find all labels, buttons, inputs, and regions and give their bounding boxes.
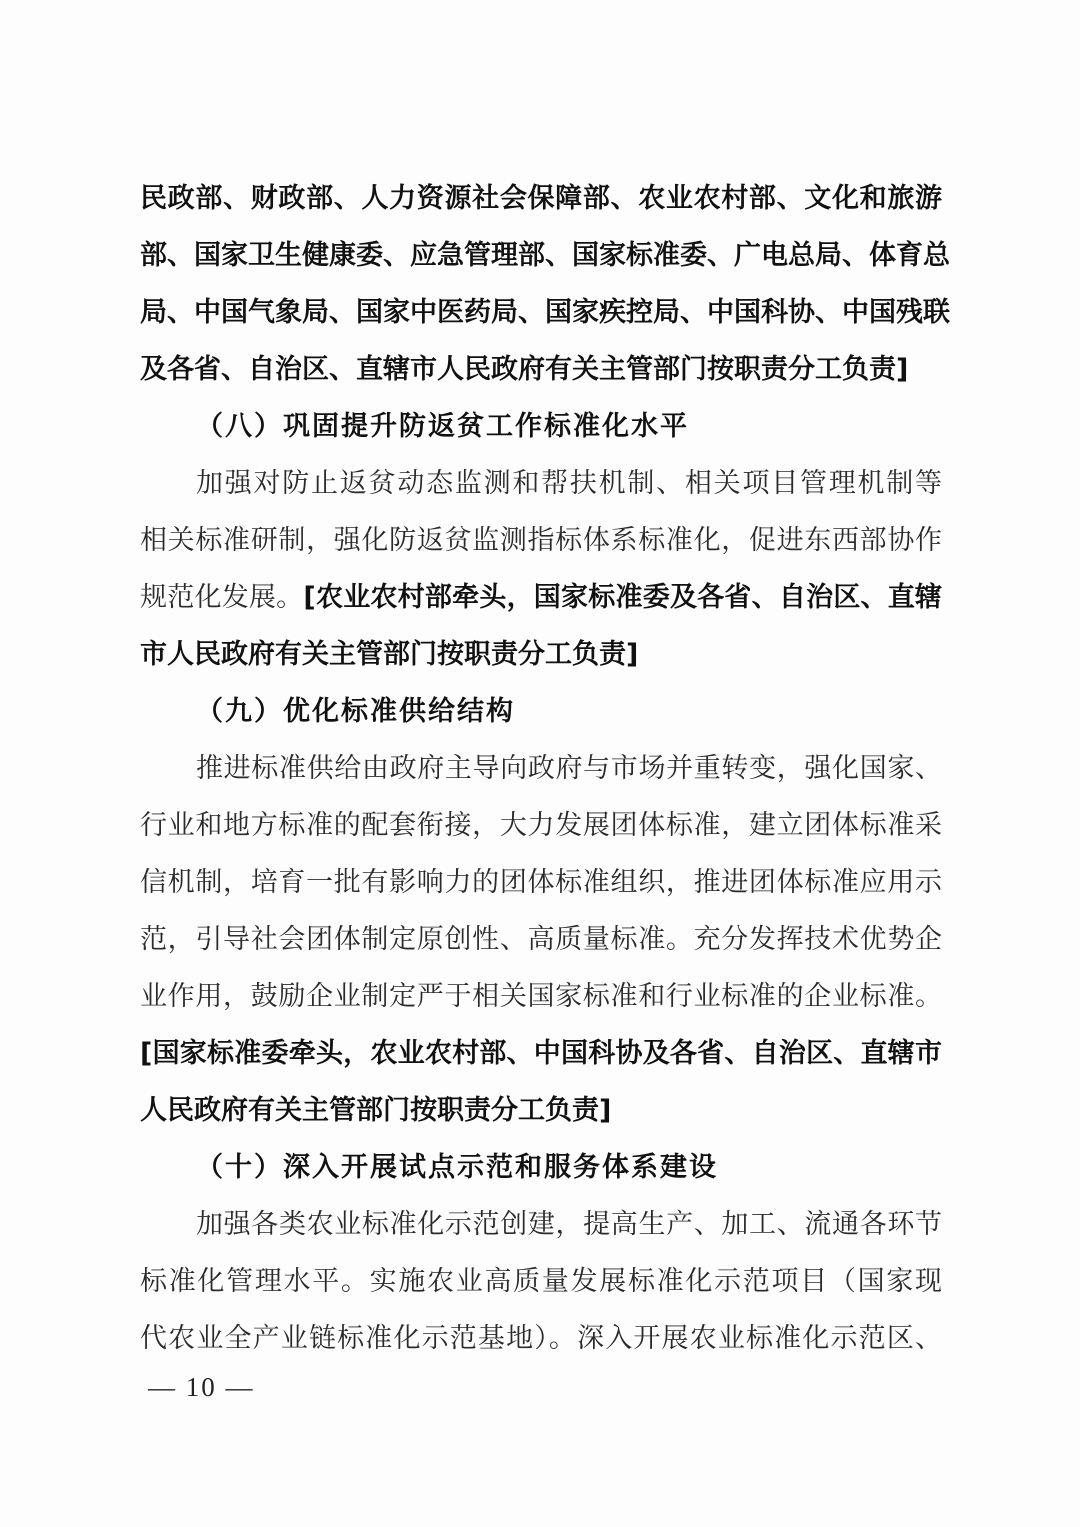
text-line: 部、国家卫生健康委、应急管理部、国家标准委、广电总局、体育总 <box>140 236 942 276</box>
section-heading-10: （十）深入开展试点示范和服务体系建设 <box>196 1148 942 1188</box>
paragraph-line: 推进标准供给由政府主导向政府与市场并重转变，强化国家、 <box>196 749 942 789</box>
responsibility-note: [国家标准委牵头，农业农村部、中国科协及各省、自治区、直辖市 <box>140 1034 942 1074</box>
paragraph-line: 行业和地方标准的配套衔接，大力发展团体标准，建立团体标准采 <box>140 806 942 846</box>
paragraph-line: 业作用，鼓励企业制定严于相关国家标准和行业标准的企业标准。 <box>140 977 942 1017</box>
paragraph-line: 加强对防止返贫动态监测和帮扶机制、相关项目管理机制等 <box>196 464 942 504</box>
responsibility-note: 人民政府有关主管部门按职责分工负责] <box>140 1091 942 1131</box>
responsibility-note: 市人民政府有关主管部门按职责分工负责] <box>140 635 942 675</box>
paragraph-line: 相关标准研制，强化防返贫监测指标体系标准化，促进东西部协作 <box>140 521 942 561</box>
paragraph-text: 规范化发展。 <box>140 582 303 613</box>
paragraph-line: 标准化管理水平。实施农业高质量发展标准化示范项目（国家现 <box>140 1262 942 1302</box>
paragraph-line: 加强各类农业标准化示范创建，提高生产、加工、流通各环节 <box>196 1205 942 1245</box>
paragraph-line-mixed: 规范化发展。[农业农村部牵头，国家标准委及各省、自治区、直辖 <box>140 578 942 618</box>
section-heading-8: （八）巩固提升防返贫工作标准化水平 <box>196 407 942 447</box>
page-number: — 10 — <box>148 1372 255 1403</box>
text-line: 及各省、自治区、直辖市人民政府有关主管部门按职责分工负责] <box>140 350 942 390</box>
paragraph-line: 信机制，培育一批有影响力的团体标准组织，推进团体标准应用示 <box>140 863 942 903</box>
responsibility-note: [农业农村部牵头，国家标准委及各省、自治区、直辖 <box>303 582 942 613</box>
text-line: 民政部、财政部、人力资源社会保障部、农业农村部、文化和旅游 <box>140 179 942 219</box>
paragraph-line: 代农业全产业链标准化示范基地）。深入开展农业标准化示范区、 <box>140 1319 942 1359</box>
document-page: 民政部、财政部、人力资源社会保障部、农业农村部、文化和旅游 部、国家卫生健康委、… <box>0 0 1080 1527</box>
paragraph-line: 范，引导社会团体制定原创性、高质量标准。充分发挥技术优势企 <box>140 920 942 960</box>
section-heading-9: （九）优化标准供给结构 <box>196 692 942 732</box>
text-line: 局、中国气象局、国家中医药局、国家疾控局、中国科协、中国残联 <box>140 293 942 333</box>
